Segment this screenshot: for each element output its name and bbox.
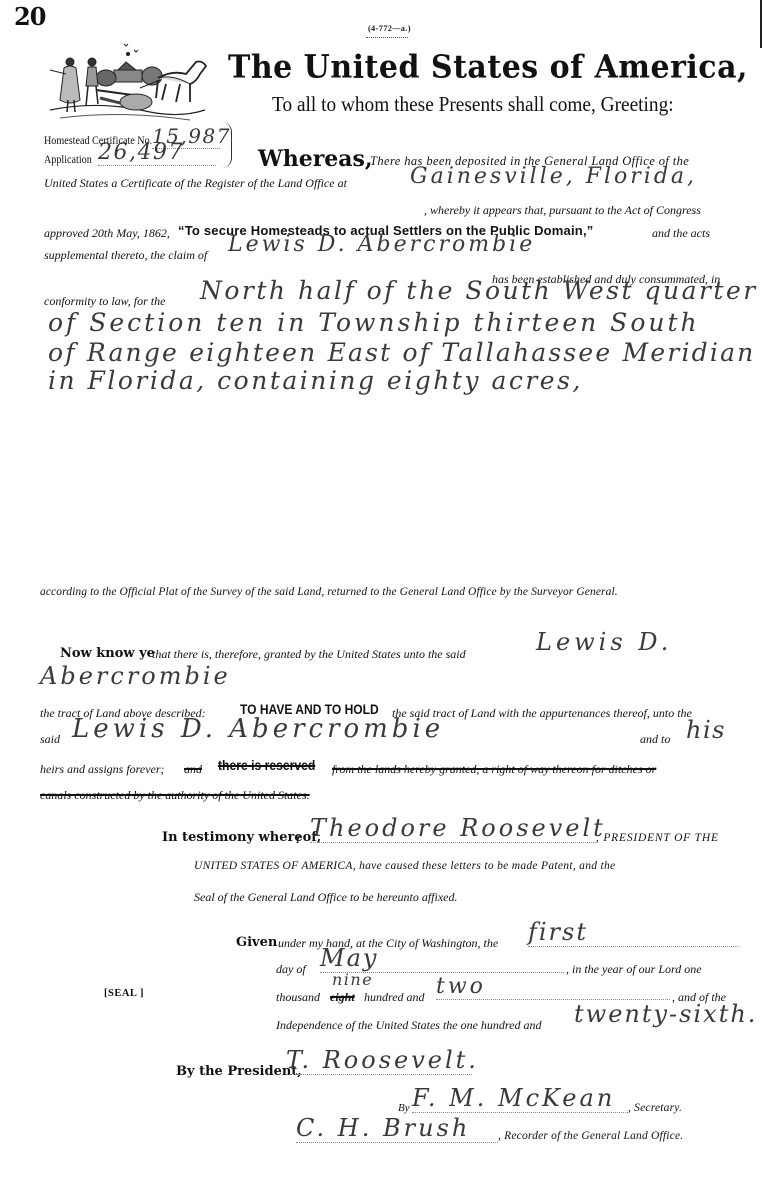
testimony-line-1-suffix: , PRESIDENT OF THE — [596, 832, 719, 844]
claimant-name: Lewis D. Abercrombie — [228, 232, 535, 257]
whereas-line-7: conformity to law, for the — [44, 294, 165, 309]
testimony-line-2: UNITED STATES OF AMERICA, have caused th… — [194, 860, 615, 872]
given-line-3-prefix: thousand — [276, 990, 320, 1005]
secretary-signature: F. M. McKean — [412, 1084, 628, 1113]
land-description-line-1: North half of the South West quarter — [200, 276, 758, 305]
seal-placeholder: [SEAL ] — [104, 988, 144, 999]
grant-line-3-mid: and to — [640, 732, 670, 747]
grantee-first-name: Lewis D. — [536, 628, 672, 656]
whereas-heading: Whereas, — [258, 146, 373, 172]
given-line-2-prefix: day of — [276, 962, 306, 977]
given-heading: Given — [236, 935, 277, 950]
century-correction: nine — [332, 970, 373, 989]
bracket — [220, 122, 232, 168]
document-title: The United States of America, — [228, 49, 748, 86]
land-description-line-4: in Florida, containing eighty acres, — [48, 366, 583, 395]
grantee-pronoun: his — [686, 716, 726, 744]
given-day: first — [528, 918, 738, 947]
struck-reservation: there is reserved — [218, 758, 315, 773]
grant-line-3-prefix: said — [40, 732, 60, 747]
by-president-label: By the President, — [176, 1064, 302, 1079]
greeting-line: To all to whom these Presents shall come… — [272, 92, 674, 117]
application-number: 26,497 — [98, 140, 216, 166]
given-line-4-prefix: Independence of the United States the on… — [276, 1018, 541, 1033]
grant-line-4-prefix: heirs and assigns forever; — [40, 762, 165, 777]
struck-and: and — [184, 762, 202, 777]
margin-rule — [760, 0, 762, 48]
testimony-line-3: Seal of the General Land Office to be he… — [194, 890, 458, 905]
whereas-line-4-prefix: approved 20th May, 1862, — [44, 226, 170, 241]
grant-heading: Now know ye — [60, 646, 155, 661]
form-number: (4-772—a.) — [368, 24, 411, 33]
whereas-line-4-suffix: and the acts — [652, 226, 710, 241]
secretary-label: , Secretary. — [628, 1102, 682, 1114]
page-number: 20 — [14, 2, 45, 31]
given-year: two — [436, 974, 670, 1000]
land-description-line-3: of Range eighteen East of Tallahassee Me… — [48, 338, 756, 367]
president-name: Theodore Roosevelt — [310, 814, 596, 843]
president-signature: T. Roosevelt. — [286, 1046, 472, 1075]
independence-year: twenty-sixth. — [574, 1000, 757, 1028]
struck-reservation-line-5: canals constructed by the authority of t… — [40, 788, 310, 803]
survey-clause: according to the Official Plat of the Su… — [40, 586, 618, 598]
grantee-surname: Abercrombie — [40, 662, 231, 690]
farm-scene-engraving-icon — [40, 40, 212, 126]
grantee-full-name: Lewis D. Abercrombie — [72, 714, 444, 744]
whereas-line-3: , whereby it appears that, pursuant to t… — [424, 203, 701, 218]
land-office-location: Gainesville, Florida, — [410, 164, 697, 189]
grant-line-1: that there is, therefore, granted by the… — [152, 647, 466, 662]
testimony-i: I — [296, 832, 300, 847]
by-label: By — [398, 1102, 410, 1114]
form-number-underline — [366, 37, 408, 38]
whereas-line-5: supplemental thereto, the claim of — [44, 248, 207, 263]
struck-century: eight — [330, 990, 355, 1005]
application-label: Application — [44, 154, 92, 166]
recorder-signature: C. H. Brush — [296, 1114, 498, 1143]
whereas-line-2: United States a Certificate of the Regis… — [44, 176, 347, 191]
land-description-line-2: of Section ten in Township thirteen Sout… — [48, 308, 700, 337]
given-month: May — [320, 944, 564, 973]
recorder-label: , Recorder of the General Land Office. — [498, 1130, 683, 1142]
given-line-3-mid: hundred and — [364, 990, 425, 1005]
struck-reservation-rest: from the lands hereby granted, a right o… — [332, 762, 656, 777]
